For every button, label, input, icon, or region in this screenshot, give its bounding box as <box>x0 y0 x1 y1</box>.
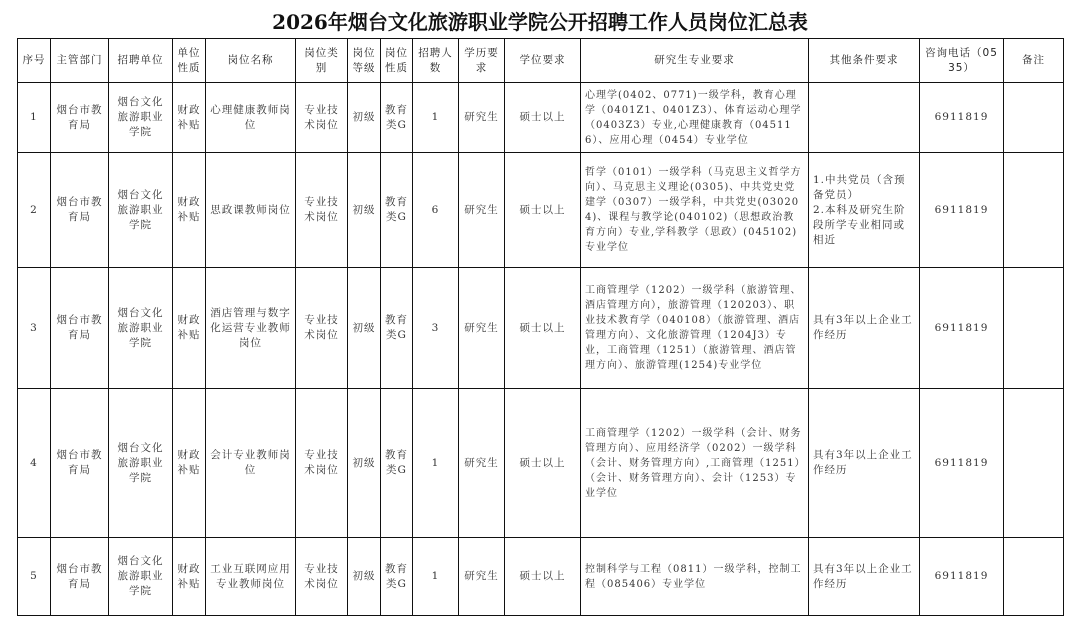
header-dept: 主管部门 <box>51 39 109 83</box>
cell-unit: 烟台文化旅游职业学院 <box>109 389 173 538</box>
cell-position-name: 会计专业教师岗位 <box>206 389 296 538</box>
cell-other: 具有3年以上企业工作经历 <box>809 389 920 538</box>
cell-unit-nature: 财政补贴 <box>173 538 206 616</box>
cell-position-name: 工业互联网应用专业教师岗位 <box>206 538 296 616</box>
cell-position-category: 专业技术岗位 <box>296 268 348 389</box>
cell-unit: 烟台文化旅游职业学院 <box>109 153 173 268</box>
cell-seq: 2 <box>18 153 51 268</box>
cell-position-nature: 教育类G <box>381 268 413 389</box>
header-position-name: 岗位名称 <box>206 39 296 83</box>
cell-seq: 4 <box>18 389 51 538</box>
header-position-nature: 岗位性质 <box>381 39 413 83</box>
cell-unit-nature: 财政补贴 <box>173 389 206 538</box>
cell-dept: 烟台市教育局 <box>51 538 109 616</box>
header-unit-nature: 单位性质 <box>173 39 206 83</box>
cell-position-category: 专业技术岗位 <box>296 83 348 153</box>
cell-education: 研究生 <box>459 268 505 389</box>
cell-position-nature: 教育类G <box>381 389 413 538</box>
cell-dept: 烟台市教育局 <box>51 83 109 153</box>
cell-education: 研究生 <box>459 83 505 153</box>
table-header-row: 序号 主管部门 招聘单位 单位性质 岗位名称 岗位类别 岗位等级 岗位性质 招聘… <box>18 39 1064 83</box>
cell-unit: 烟台文化旅游职业学院 <box>109 268 173 389</box>
positions-table: 序号 主管部门 招聘单位 单位性质 岗位名称 岗位类别 岗位等级 岗位性质 招聘… <box>17 38 1064 616</box>
cell-other <box>809 83 920 153</box>
cell-phone: 6911819 <box>920 268 1004 389</box>
cell-dept: 烟台市教育局 <box>51 268 109 389</box>
cell-remarks <box>1004 153 1064 268</box>
cell-position-level: 初级 <box>348 153 381 268</box>
document-title: 2026年烟台文化旅游职业学院公开招聘工作人员岗位汇总表 <box>0 6 1080 35</box>
cell-position-level: 初级 <box>348 538 381 616</box>
cell-position-name: 酒店管理与数字化运营专业教师岗位 <box>206 268 296 389</box>
cell-degree: 硕士以上 <box>505 83 581 153</box>
cell-unit-nature: 财政补贴 <box>173 153 206 268</box>
cell-position-nature: 教育类G <box>381 153 413 268</box>
cell-other: 具有3年以上企业工作经历 <box>809 538 920 616</box>
table-row: 2 烟台市教育局 烟台文化旅游职业学院 财政补贴 思政课教师岗位 专业技术岗位 … <box>18 153 1064 268</box>
cell-phone: 6911819 <box>920 538 1004 616</box>
cell-remarks <box>1004 268 1064 389</box>
cell-degree: 硕士以上 <box>505 268 581 389</box>
cell-position-category: 专业技术岗位 <box>296 153 348 268</box>
header-position-level: 岗位等级 <box>348 39 381 83</box>
cell-position-level: 初级 <box>348 83 381 153</box>
cell-phone: 6911819 <box>920 153 1004 268</box>
cell-phone: 6911819 <box>920 389 1004 538</box>
cell-position-nature: 教育类G <box>381 83 413 153</box>
header-phone: 咨询电话（0535） <box>920 39 1004 83</box>
cell-position-name: 心理健康教师岗位 <box>206 83 296 153</box>
table-row: 1 烟台市教育局 烟台文化旅游职业学院 财政补贴 心理健康教师岗位 专业技术岗位… <box>18 83 1064 153</box>
cell-unit: 烟台文化旅游职业学院 <box>109 83 173 153</box>
cell-headcount: 1 <box>413 389 459 538</box>
cell-position-category: 专业技术岗位 <box>296 538 348 616</box>
cell-remarks <box>1004 389 1064 538</box>
cell-degree: 硕士以上 <box>505 389 581 538</box>
cell-seq: 5 <box>18 538 51 616</box>
header-unit: 招聘单位 <box>109 39 173 83</box>
cell-major: 工商管理学（1202）一级学科（旅游管理、酒店管理方向），旅游管理（120203… <box>581 268 809 389</box>
table-row: 4 烟台市教育局 烟台文化旅游职业学院 财政补贴 会计专业教师岗位 专业技术岗位… <box>18 389 1064 538</box>
cell-unit-nature: 财政补贴 <box>173 83 206 153</box>
cell-position-category: 专业技术岗位 <box>296 389 348 538</box>
cell-degree: 硕士以上 <box>505 153 581 268</box>
header-other: 其他条件要求 <box>809 39 920 83</box>
cell-position-level: 初级 <box>348 268 381 389</box>
cell-headcount: 3 <box>413 268 459 389</box>
table-row: 5 烟台市教育局 烟台文化旅游职业学院 财政补贴 工业互联网应用专业教师岗位 专… <box>18 538 1064 616</box>
cell-seq: 3 <box>18 268 51 389</box>
cell-unit-nature: 财政补贴 <box>173 268 206 389</box>
cell-unit: 烟台文化旅游职业学院 <box>109 538 173 616</box>
header-education: 学历要求 <box>459 39 505 83</box>
cell-other: 具有3年以上企业工作经历 <box>809 268 920 389</box>
cell-major: 心理学(0402、0771)一级学科，教育心理学（0401Z1、0401Z3）、… <box>581 83 809 153</box>
header-degree: 学位要求 <box>505 39 581 83</box>
cell-degree: 硕士以上 <box>505 538 581 616</box>
cell-position-level: 初级 <box>348 389 381 538</box>
cell-position-nature: 教育类G <box>381 538 413 616</box>
table-row: 3 烟台市教育局 烟台文化旅游职业学院 财政补贴 酒店管理与数字化运营专业教师岗… <box>18 268 1064 389</box>
cell-remarks <box>1004 538 1064 616</box>
cell-education: 研究生 <box>459 538 505 616</box>
cell-dept: 烟台市教育局 <box>51 153 109 268</box>
cell-major: 工商管理学（1202）一级学科（会计、财务管理方向）、应用经济学（0202）一级… <box>581 389 809 538</box>
cell-headcount: 1 <box>413 83 459 153</box>
cell-education: 研究生 <box>459 389 505 538</box>
cell-headcount: 1 <box>413 538 459 616</box>
header-remarks: 备注 <box>1004 39 1064 83</box>
cell-seq: 1 <box>18 83 51 153</box>
header-major: 研究生专业要求 <box>581 39 809 83</box>
cell-position-name: 思政课教师岗位 <box>206 153 296 268</box>
cell-phone: 6911819 <box>920 83 1004 153</box>
cell-headcount: 6 <box>413 153 459 268</box>
cell-major: 控制科学与工程（0811）一级学科，控制工程（085406）专业学位 <box>581 538 809 616</box>
cell-major: 哲学（0101）一级学科（马克思主义哲学方向）、马克思主义理论(0305)、中共… <box>581 153 809 268</box>
cell-other: 1.中共党员（含预备党员） 2.本科及研究生阶段所学专业相同或相近 <box>809 153 920 268</box>
header-headcount: 招聘人数 <box>413 39 459 83</box>
header-position-category: 岗位类别 <box>296 39 348 83</box>
cell-dept: 烟台市教育局 <box>51 389 109 538</box>
cell-education: 研究生 <box>459 153 505 268</box>
header-seq: 序号 <box>18 39 51 83</box>
cell-remarks <box>1004 83 1064 153</box>
